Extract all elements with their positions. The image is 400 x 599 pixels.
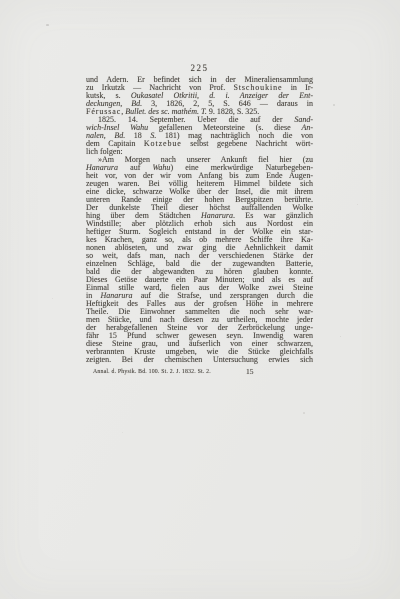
- text-segment: selbst gegebene Nachricht wört-: [182, 139, 313, 148]
- scan-speck: [52, 298, 53, 299]
- text-block: und Adern. Er befindet sich in der Miner…: [86, 76, 313, 364]
- scan-speck: [46, 24, 49, 26]
- text-line: zeigten. Bei der chemischen Untersuchung…: [86, 356, 313, 364]
- scan-speck: [303, 412, 305, 414]
- text-segment: Kotzebue: [144, 139, 182, 148]
- scan-speck: [357, 204, 358, 205]
- page-number: 225: [86, 63, 313, 73]
- text-segment: zeigten. Bei der chemischen Untersuchung…: [86, 355, 313, 364]
- journal-signature: Annal. d. Physik. Bd. 100. St. 2. J. 183…: [93, 368, 211, 377]
- scan-speck: [333, 104, 335, 106]
- scanned-page: 225 und Adern. Er befindet sich in der M…: [0, 0, 400, 599]
- scan-speck: [122, 432, 123, 433]
- sheet-number: 15: [246, 367, 254, 376]
- scan-speck: [340, 336, 341, 337]
- page-footer: Annal. d. Physik. Bd. 100. St. 2. J. 183…: [86, 368, 313, 378]
